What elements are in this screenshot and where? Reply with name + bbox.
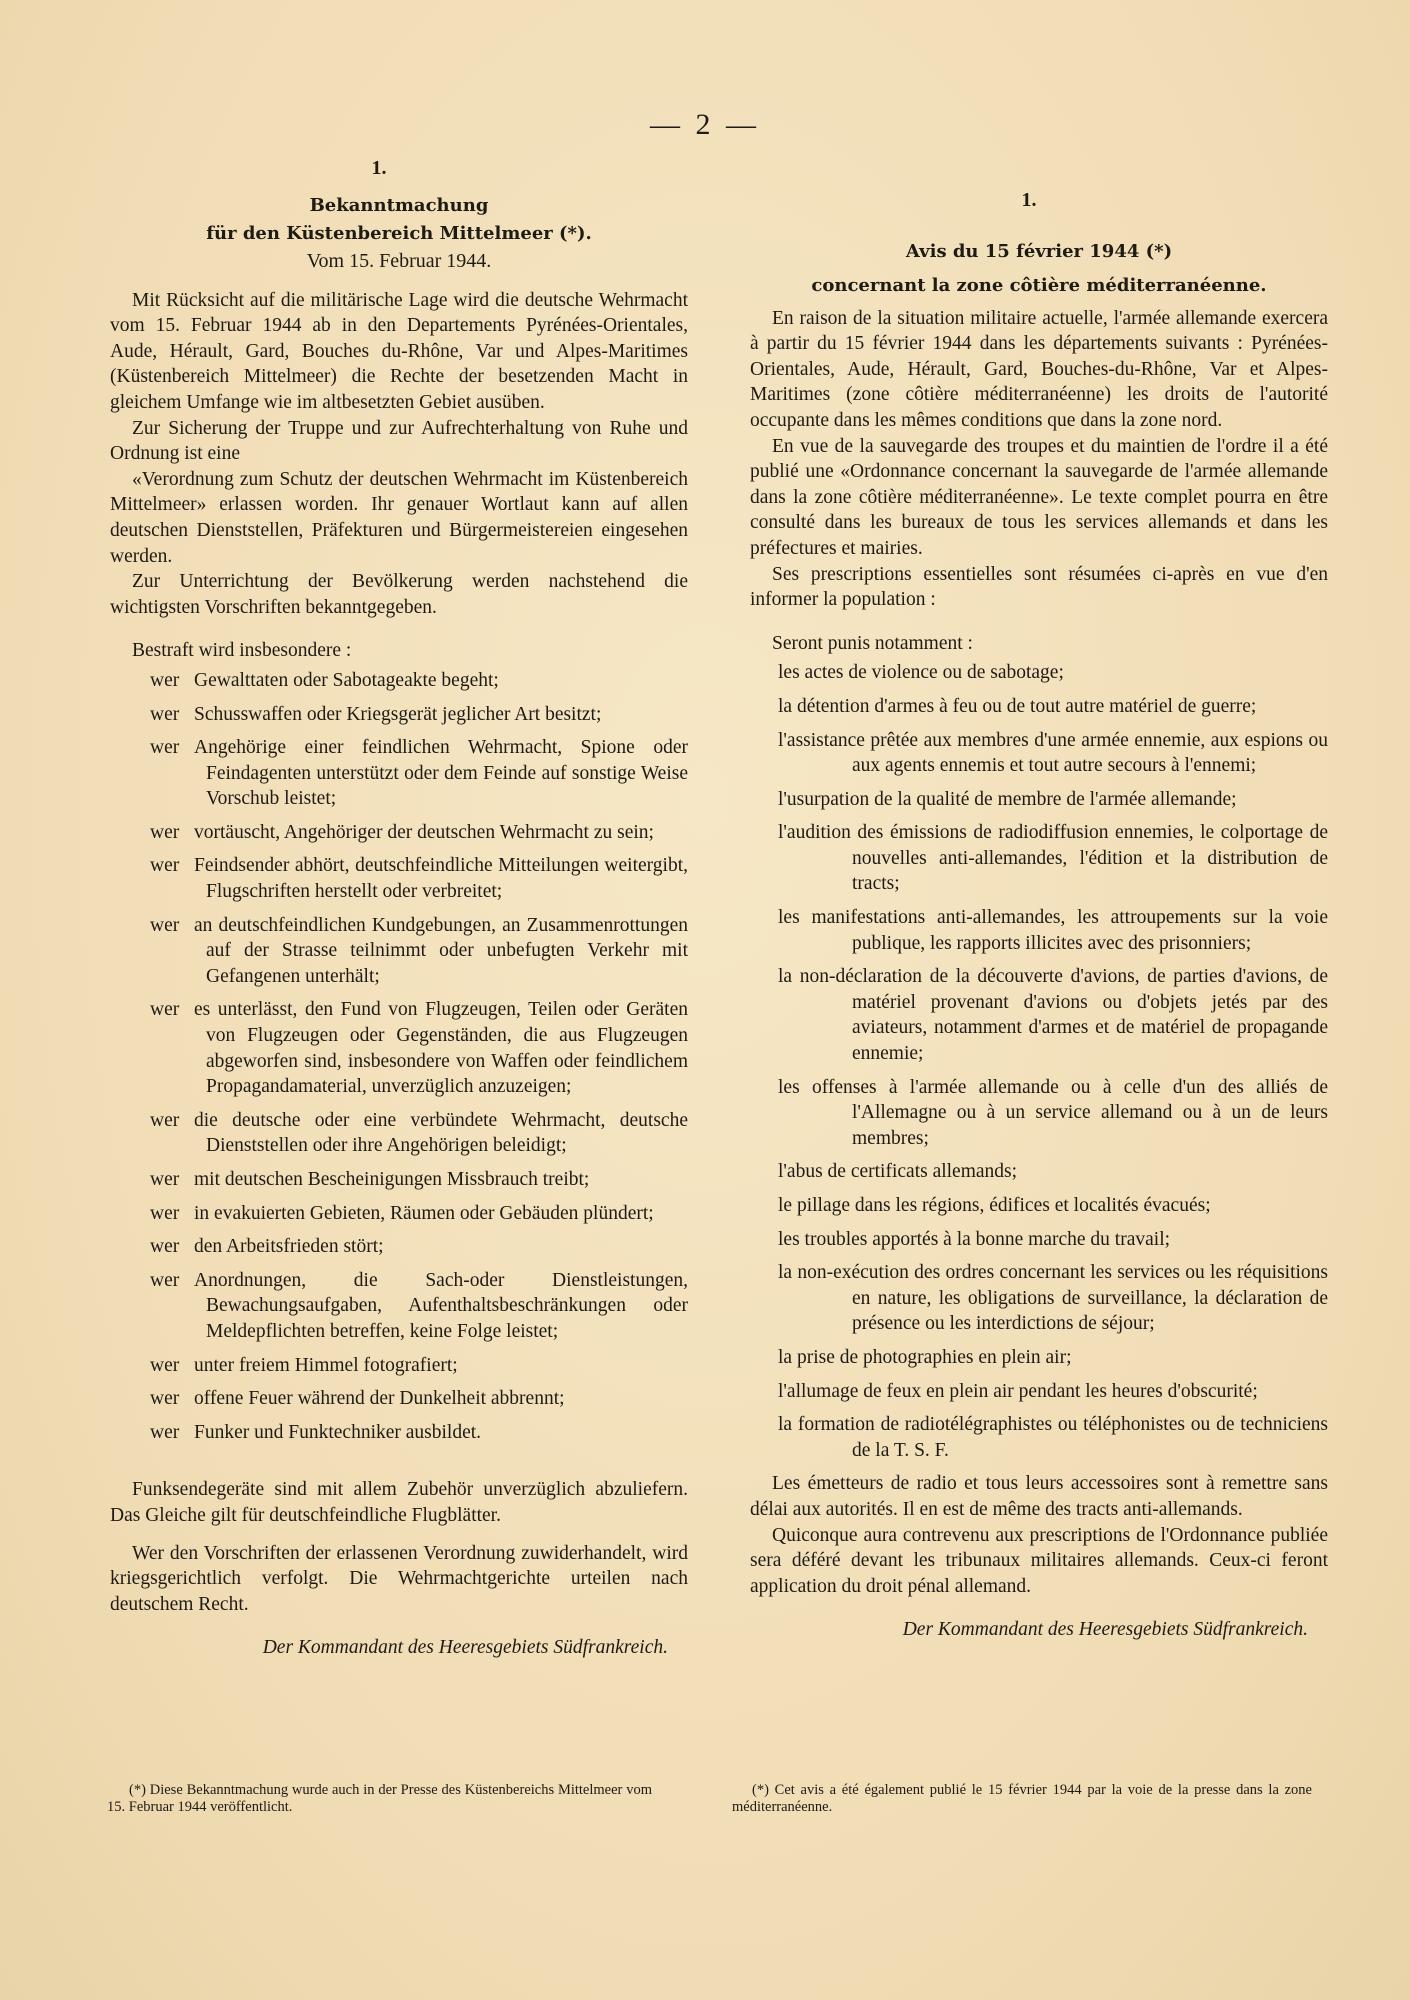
german-title-line1: Bekanntmachung: [110, 192, 688, 220]
german-closing-paragraph: Funksendegeräte sind mit allem Zubehör u…: [110, 1477, 688, 1528]
list-item: l'allumage de feux en plein air pendant …: [750, 1379, 1328, 1405]
list-item: la non-exécution des ordres concernant l…: [750, 1260, 1328, 1337]
german-offense-list: werGewalttaten oder Sabotageakte begeht;…: [110, 668, 688, 1445]
german-paragraph: «Verordnung zum Schutz der deutschen Weh…: [110, 467, 688, 569]
page-number: — 2 —: [0, 108, 1410, 142]
french-title-line2: concernant la zone côtière méditerranéen…: [750, 272, 1328, 300]
list-item: la détention d'armes à feu ou de tout au…: [750, 694, 1328, 720]
french-closing: Les émetteurs de radio et tous leurs acc…: [750, 1471, 1328, 1599]
list-item: werFeindsender abhört, deutschfeindliche…: [110, 853, 688, 904]
list-item: weres unterlässt, den Fund von Flugzeuge…: [110, 997, 688, 1099]
list-item: l'abus de certificats allemands;: [750, 1159, 1328, 1185]
list-item: werunter freiem Himmel fotografiert;: [110, 1353, 688, 1379]
list-item: la prise de photographies en plein air;: [750, 1345, 1328, 1371]
german-footnote: (*) Diese Bekanntmachung wurde auch in d…: [107, 1782, 652, 1816]
list-item: werin evakuierten Gebieten, Räumen oder …: [110, 1201, 688, 1227]
german-paragraph: Zur Sicherung der Truppe und zur Aufrech…: [110, 416, 688, 467]
list-item: l'audition des émissions de radiodiffusi…: [750, 820, 1328, 897]
list-item: werSchusswaffen oder Kriegsgerät jeglich…: [110, 702, 688, 728]
french-column: 1. Avis du 15 février 1944 (*) concernan…: [750, 150, 1328, 1643]
german-title-line2: für den Küstenbereich Mittelmeer (*).: [110, 220, 688, 248]
french-closing-paragraph: Quiconque aura contrevenu aux prescripti…: [750, 1523, 1328, 1600]
list-item: werGewalttaten oder Sabotageakte begeht;: [110, 668, 688, 694]
german-date: Vom 15. Februar 1944.: [110, 248, 688, 274]
list-item: wervortäuscht, Angehöriger der deutschen…: [110, 820, 688, 846]
list-item: weran deutschfeindlichen Kundgebungen, a…: [110, 913, 688, 990]
section-number: 1.: [110, 156, 688, 182]
list-item: les offenses à l'armée allemande ou à ce…: [750, 1075, 1328, 1152]
french-closing-paragraph: Les émetteurs de radio et tous leurs acc…: [750, 1471, 1328, 1522]
list-item: les manifestations anti-allemandes, les …: [750, 905, 1328, 956]
list-item: werden Arbeitsfrieden stört;: [110, 1234, 688, 1260]
list-item: le pillage dans les régions, édifices et…: [750, 1193, 1328, 1219]
list-item: weroffene Feuer während der Dunkelheit a…: [110, 1386, 688, 1412]
french-list-lead: Seront punis notamment :: [750, 631, 1328, 657]
list-item: wermit deutschen Bescheinigungen Missbra…: [110, 1167, 688, 1193]
french-paragraph: Ses prescriptions essentielles sont résu…: [750, 562, 1328, 613]
list-item: la formation de radiotélégraphistes ou t…: [750, 1412, 1328, 1463]
french-offense-list: les actes de violence ou de sabotage; la…: [750, 660, 1328, 1463]
list-item: werdie deutsche oder eine verbündete Weh…: [110, 1108, 688, 1159]
list-item: les troubles apportés à la bonne marche …: [750, 1227, 1328, 1253]
french-title-line1: Avis du 15 février 1944 (*): [750, 238, 1328, 266]
french-paragraph: En vue de la sauvegarde des troupes et d…: [750, 434, 1328, 562]
german-closing-paragraph: Wer den Vorschriften der erlassenen Vero…: [110, 1541, 688, 1618]
german-paragraph: Mit Rücksicht auf die militärische Lage …: [110, 288, 688, 416]
list-item: werAngehörige einer feindlichen Wehrmach…: [110, 735, 688, 812]
german-list-lead: Bestraft wird insbesondere :: [110, 638, 688, 664]
section-number: 1.: [750, 188, 1328, 214]
french-paragraph: En raison de la situation militaire actu…: [750, 306, 1328, 434]
list-item: l'usurpation de la qualité de membre de …: [750, 787, 1328, 813]
french-footnote: (*) Cet avis a été également publié le 1…: [732, 1782, 1312, 1816]
french-signature: Der Kommandant des Heeresgebiets Südfran…: [750, 1617, 1328, 1643]
german-signature: Der Kommandant des Heeresgebiets Südfran…: [110, 1635, 688, 1661]
list-item: werAnordnungen, die Sach-oder Dienstleis…: [110, 1268, 688, 1345]
german-closing: Funksendegeräte sind mit allem Zubehör u…: [110, 1477, 688, 1617]
german-paragraph: Zur Unterrichtung der Bevölkerung werden…: [110, 569, 688, 620]
list-item: les actes de violence ou de sabotage;: [750, 660, 1328, 686]
german-column: 1. Bekanntmachung für den Küstenbereich …: [110, 150, 688, 1661]
list-item: la non-déclaration de la découverte d'av…: [750, 964, 1328, 1066]
list-item: werFunker und Funktechniker ausbildet.: [110, 1420, 688, 1446]
list-item: l'assistance prêtée aux membres d'une ar…: [750, 728, 1328, 779]
